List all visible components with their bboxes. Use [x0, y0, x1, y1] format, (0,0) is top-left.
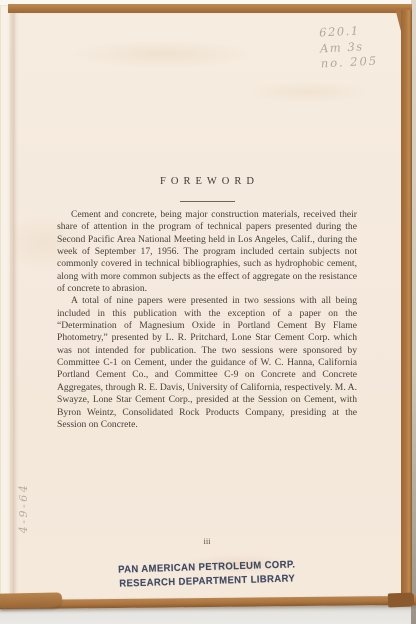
foreword-text: Cement and concrete, being major constru… — [57, 209, 357, 431]
book-cover-top-edge — [8, 4, 412, 13]
call-number-line: no. 205 — [320, 53, 378, 71]
date-annotation: 4-9-64 — [17, 456, 33, 560]
paragraph: Cement and concrete, being major constru… — [57, 209, 357, 295]
page-title: FOREWORD — [57, 176, 357, 187]
book-cover-bottom-left-corner — [0, 592, 62, 608]
call-number-annotation: 620.1 Am 3s no. 205 — [319, 23, 379, 72]
book-fore-edge — [0, 5, 14, 602]
paragraph: A total of nine papers were presented in… — [57, 295, 357, 431]
book-page: 620.1 Am 3s no. 205 FOREWORD Cement and … — [13, 12, 402, 600]
book-cover-bottom-right-corner — [388, 593, 414, 608]
title-rule — [180, 201, 235, 202]
page-number: iii — [57, 536, 357, 546]
library-stamp: PAN AMERICAN PETROLEUM CORP. RESEARCH DE… — [64, 557, 350, 592]
book-cover-right-edge — [401, 10, 412, 602]
scanned-book-photo: 620.1 Am 3s no. 205 FOREWORD Cement and … — [0, 0, 416, 624]
